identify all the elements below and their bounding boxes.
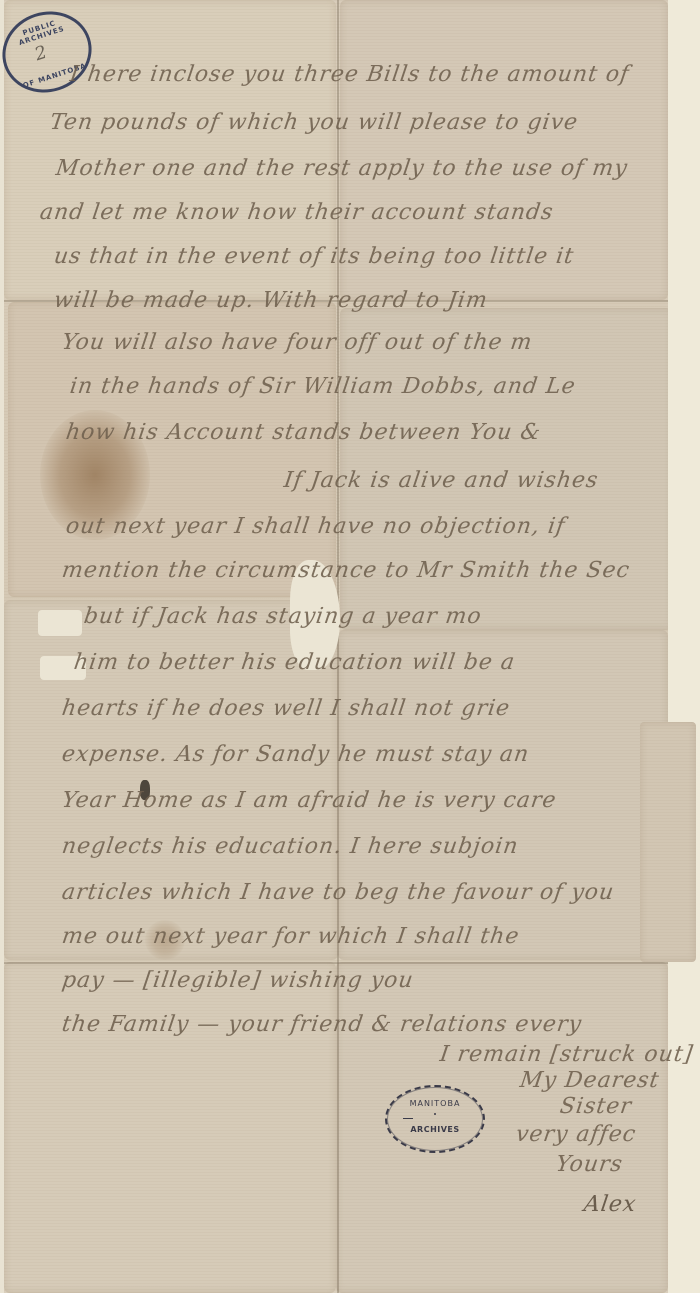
valediction-line: very affec (514, 1122, 638, 1147)
salutation-line: Sister (558, 1094, 633, 1119)
paper-flap-right (640, 722, 696, 962)
letter-line: but if Jack has staying a year mo (82, 604, 483, 629)
letter-line: him to better his education will be a (72, 650, 517, 675)
stamp-text: ARCHIVES (387, 1125, 483, 1134)
letter-line: the Family — your friend & relations eve… (60, 1012, 583, 1037)
letter-line: mention the circumstance to Mr Smith the… (60, 558, 631, 583)
letter-line: in the hands of Sir William Dobbs, and L… (68, 374, 577, 399)
letter-line: out next year I shall have no objection,… (64, 514, 567, 539)
letter-line: me out next year for which I shall the (60, 924, 521, 949)
letter-line: Mother one and the rest apply to the use… (54, 156, 629, 181)
stamp-dot (434, 1113, 436, 1115)
salutation-line: My Dearest (518, 1068, 661, 1093)
horizontal-fold-crease (4, 962, 670, 964)
stamp-text: MANITOBA (387, 1099, 483, 1108)
letter-line: If Jack is alive and wishes (282, 468, 600, 493)
letter-line: and let me know how their account stands (38, 200, 555, 225)
letter-line: neglects his education. I here subjoin (60, 834, 520, 859)
paper-hole (38, 610, 82, 636)
letter-line: I here inclose you three Bills to the am… (68, 62, 631, 87)
letter-line: Year Home as I am afraid he is very care (60, 788, 558, 813)
stamp-dash (403, 1118, 413, 1119)
letter-line: pay — [illegible] wishing you (60, 968, 415, 993)
letter-line: You will also have four off out of the m (60, 330, 534, 355)
letter-line: articles which I have to beg the favour … (60, 880, 616, 905)
letter-line: will be made up. With regard to Jim (52, 288, 489, 313)
closing-line: I remain [struck out] (438, 1042, 695, 1067)
valediction-line: Yours (554, 1152, 624, 1177)
signature: Alex (582, 1192, 638, 1217)
letter-line: us that in the event of its being too li… (52, 244, 576, 269)
letter-line: Ten pounds of which you will please to g… (48, 110, 580, 135)
letter-line: expense. As for Sandy he must stay an (60, 742, 531, 767)
vertical-fold-crease (337, 0, 339, 1293)
right-margin-backing (668, 0, 700, 1293)
letter-line: hearts if he does well I shall not grie (60, 696, 512, 721)
handwritten-folio-number: 2 (32, 42, 49, 66)
manitoba-archives-stamp: MANITOBA ARCHIVES (385, 1085, 485, 1153)
letter-line: how his Account stands between You & (64, 420, 543, 445)
